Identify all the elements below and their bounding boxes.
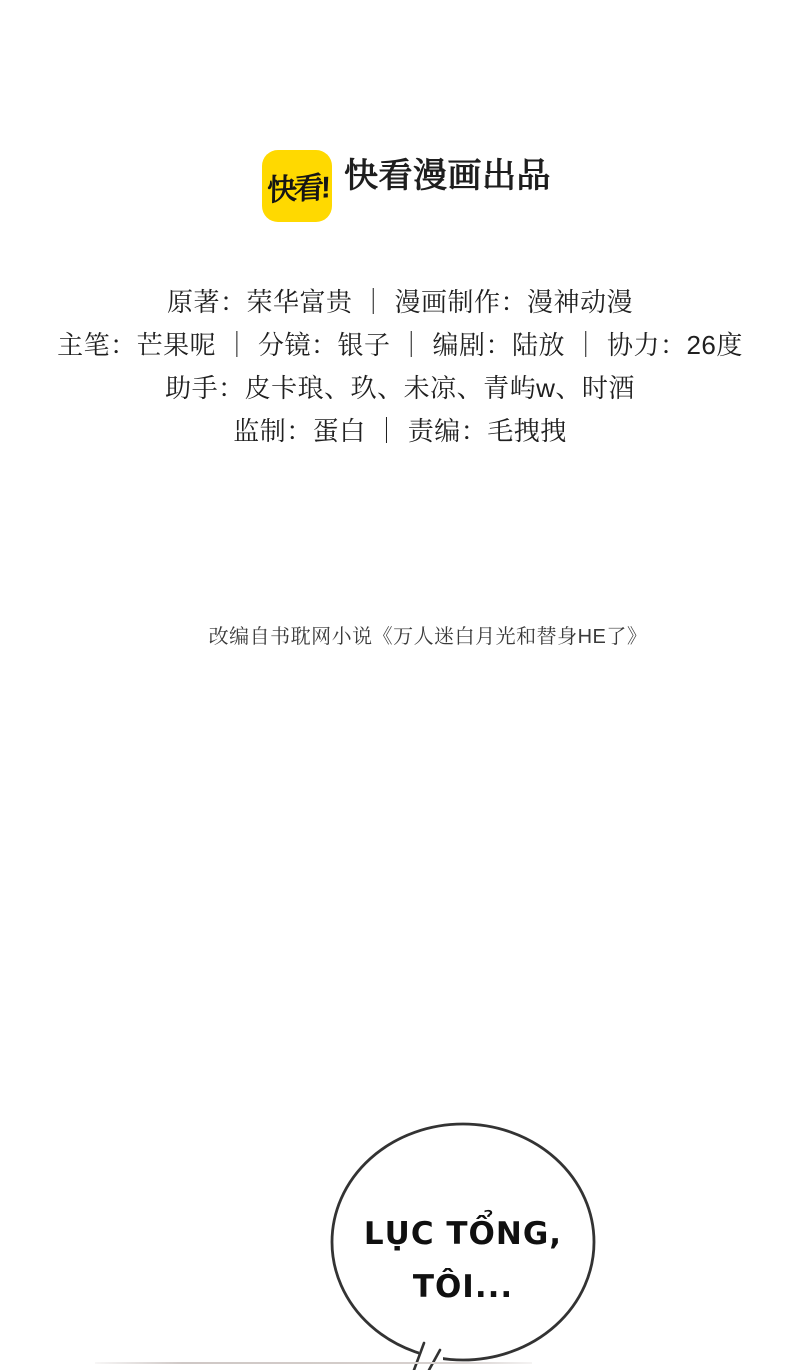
next-panel-top-edge: [95, 1362, 532, 1364]
comic-page: 快看! 快看漫画出品 原著：荣华富贵 ｜ 漫画制作：漫神动漫 主笔：芒果呢 ｜ …: [0, 0, 800, 1370]
adaptation-note: 改编自书耽网小说《万人迷白月光和替身HE了》: [28, 625, 800, 649]
credit-line-artists: 主笔：芒果呢 ｜ 分镜：银子 ｜ 编剧：陆放 ｜ 协力：26度: [0, 324, 800, 367]
credit-line-original-author: 原著：荣华富贵 ｜ 漫画制作：漫神动漫: [0, 281, 800, 324]
brand-header: 快看! 快看漫画出品: [0, 0, 800, 260]
bubble-text-line-2: TÔI...: [300, 1261, 626, 1314]
kuaikan-logo-icon: 快看!: [262, 150, 332, 222]
credit-line-supervisors: 监制：蛋白 ｜ 责编：毛拽拽: [0, 410, 800, 453]
credit-line-assistants: 助手：皮卡琅、玖、未凉、青屿w、时酒: [0, 367, 800, 410]
kuaikan-logo-text: 快看!: [266, 162, 328, 209]
speech-bubble-text: LỤC TỔNG, TÔI...: [300, 1208, 626, 1314]
bubble-text-line-1: LỤC TỔNG,: [300, 1208, 626, 1261]
brand-title: 快看漫画出品: [344, 158, 551, 194]
credits-block: 原著：荣华富贵 ｜ 漫画制作：漫神动漫 主笔：芒果呢 ｜ 分镜：银子 ｜ 编剧：…: [0, 281, 800, 453]
